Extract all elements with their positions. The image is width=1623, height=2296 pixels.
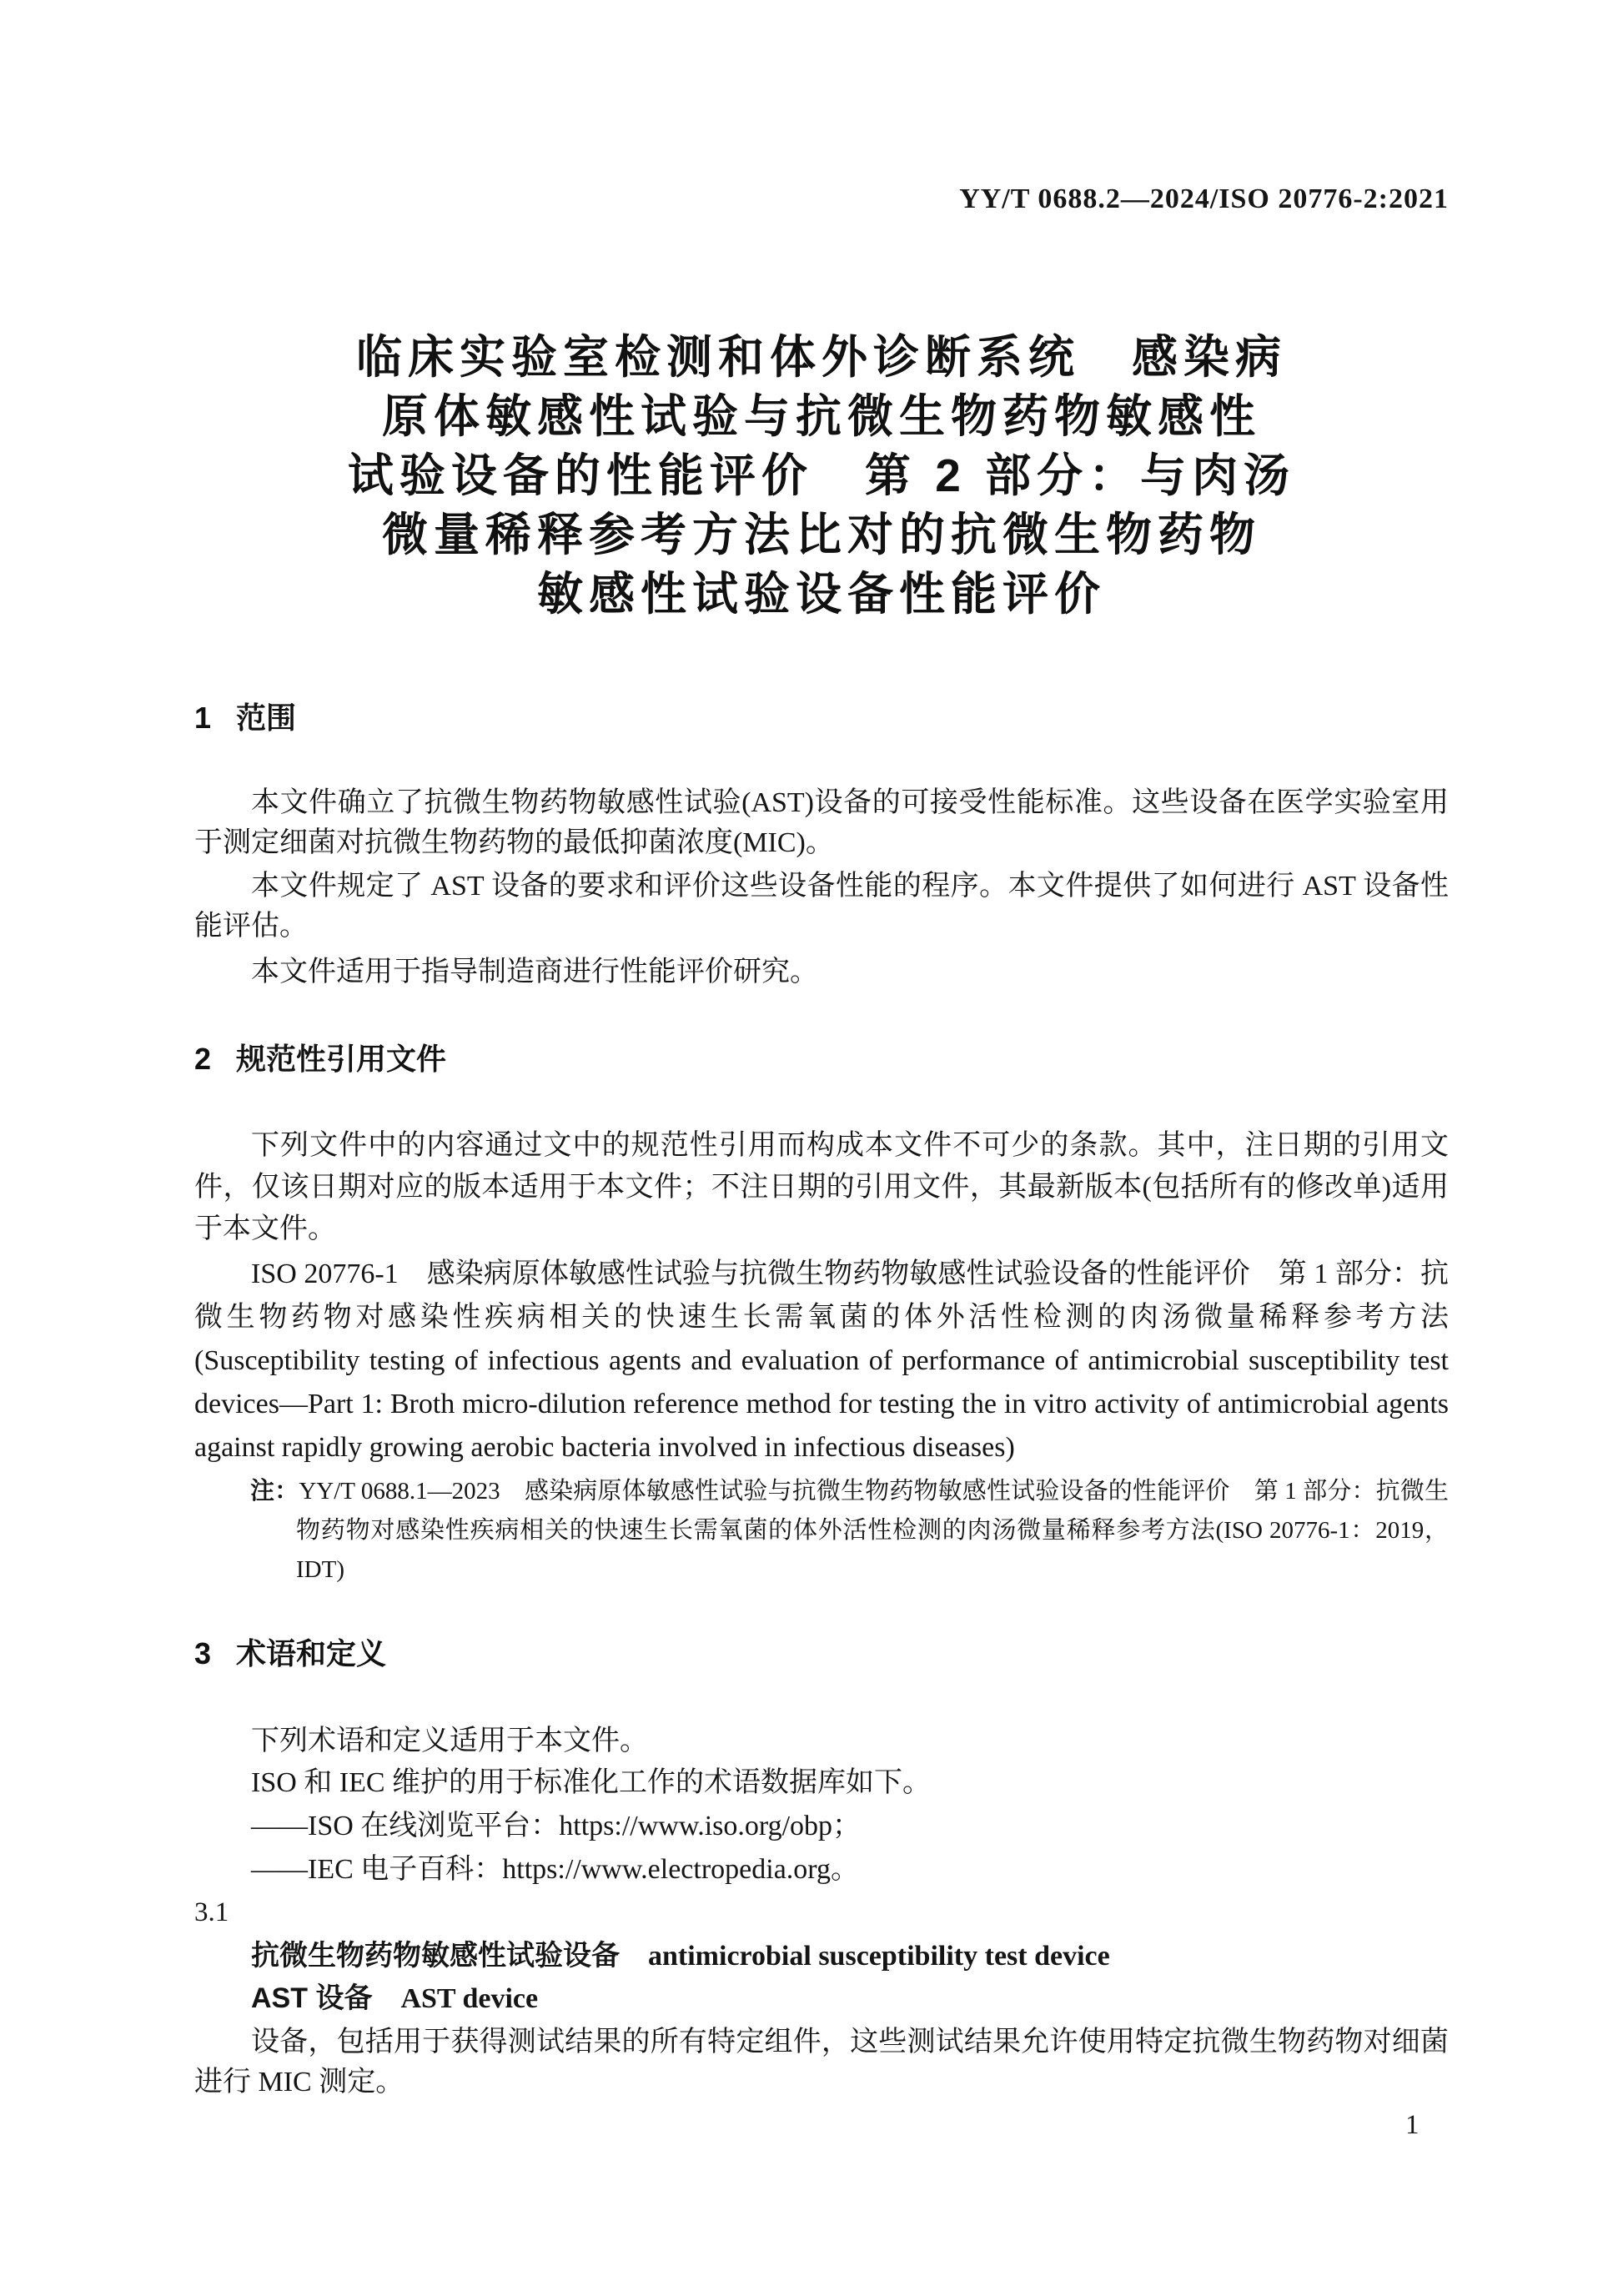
- section-1-heading: 1范围: [194, 700, 1449, 736]
- term-abbr-english: AST device: [400, 1983, 538, 2014]
- iso-obp-list-item: ——ISO 在线浏览平台：https://www.iso.org/obp；: [194, 1806, 1449, 1846]
- section-1-title: 范围: [236, 701, 296, 735]
- term-definition: 设备，包括用于获得测试结果的所有特定组件，这些测试结果允许使用特定抗微生物药物对…: [194, 2022, 1449, 2103]
- term-english: antimicrobial susceptibility test device: [648, 1941, 1110, 1972]
- section-2-title: 规范性引用文件: [236, 1042, 446, 1076]
- section-3-heading: 3术语和定义: [194, 1635, 1449, 1672]
- term-abbr-chinese: AST 设备: [251, 1982, 372, 2014]
- iso-20776-1-reference: ISO 20776-1 感染病原体敏感性试验与抗微生物药物敏感性试验设备的性能评…: [194, 1253, 1449, 1470]
- page-number: 1: [1405, 2108, 1419, 2142]
- section-3-number: 3: [194, 1635, 211, 1672]
- reference-note: 注：YY/T 0688.1—2023 感染病原体敏感性试验与抗微生物药物敏感性试…: [194, 1472, 1449, 1590]
- document-title-line-5: 敏感性试验设备性能评价: [194, 565, 1449, 624]
- section-3-title: 术语和定义: [236, 1636, 386, 1671]
- iec-electropedia-list-item: ——IEC 电子百科：https://www.electropedia.org。: [194, 1850, 1449, 1890]
- note-text: YY/T 0688.1—2023 感染病原体敏感性试验与抗微生物药物敏感性试验设…: [296, 1478, 1449, 1583]
- term-abbreviation-entry: AST 设备AST device: [194, 1978, 1449, 2019]
- section-2-number: 2: [194, 1041, 211, 1078]
- terms-databases-paragraph: ISO 和 IEC 维护的用于标准化工作的术语数据库如下。: [194, 1763, 1449, 1803]
- note-label: 注：: [250, 1478, 299, 1505]
- document-page: YY/T 0688.2—2024/ISO 20776-2:2021 临床实验室检…: [0, 0, 1623, 2296]
- section-2-heading: 2规范性引用文件: [194, 1041, 1449, 1078]
- normative-references-intro: 下列文件中的内容通过文中的规范性引用而构成本文件不可少的条款。其中，注日期的引用…: [194, 1125, 1449, 1250]
- document-title-line-3: 试验设备的性能评价 第 2 部分：与肉汤: [194, 446, 1449, 505]
- document-title-line-4: 微量稀释参考方法比对的抗微生物药物: [194, 505, 1449, 565]
- scope-paragraph-2: 本文件规定了 AST 设备的要求和评价这些设备性能的程序。本文件提供了如何进行 …: [194, 867, 1449, 947]
- terms-intro-paragraph: 下列术语和定义适用于本文件。: [194, 1721, 1449, 1761]
- scope-paragraph-3: 本文件适用于指导制造商进行性能评价研究。: [194, 952, 1449, 992]
- clause-3-1-number: 3.1: [194, 1894, 1449, 1931]
- term-chinese: 抗微生物药物敏感性试验设备: [251, 1940, 620, 1972]
- term-entry: 抗微生物药物敏感性试验设备antimicrobial susceptibilit…: [194, 1936, 1449, 1977]
- section-1-number: 1: [194, 700, 211, 736]
- document-title-line-1: 临床实验室检测和体外诊断系统 感染病: [194, 328, 1449, 387]
- page-content: 临床实验室检测和体外诊断系统 感染病 原体敏感性试验与抗微生物药物敏感性 试验设…: [194, 0, 1449, 2103]
- document-title-line-2: 原体敏感性试验与抗微生物药物敏感性: [194, 387, 1449, 446]
- document-title: 临床实验室检测和体外诊断系统 感染病 原体敏感性试验与抗微生物药物敏感性 试验设…: [194, 328, 1449, 624]
- scope-paragraph-1: 本文件确立了抗微生物药物敏感性试验(AST)设备的可接受性能标准。这些设备在医学…: [194, 783, 1449, 863]
